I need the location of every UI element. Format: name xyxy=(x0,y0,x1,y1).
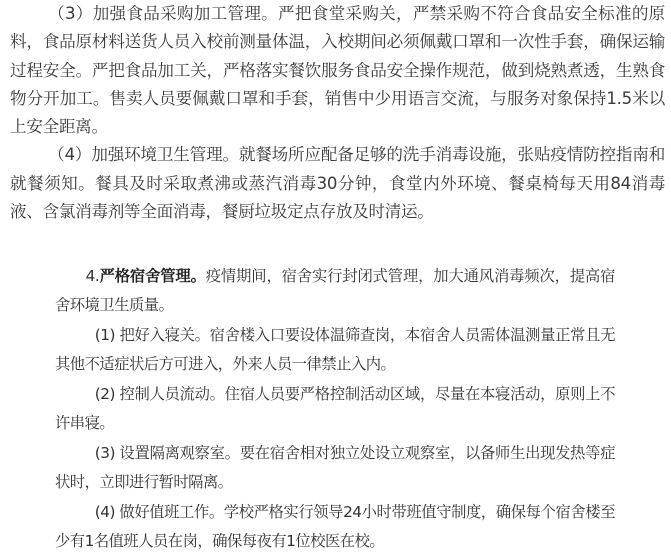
dormitory-section: 4.严格宿舍管理。疫情期间，宿舍实行封闭式管理，加大通风消毒频次，提高宿舍环境卫… xyxy=(55,262,615,557)
paragraph-environment-hygiene: （4）加强环境卫生管理。就餐场所应配备足够的洗手消毒设施，张贴疫情防控指南和就餐… xyxy=(10,141,665,226)
item-text: 把好入寝关。宿舍楼入口要设体温筛查岗，本宿舍人员需体温测量正常且无其他不适症状后… xyxy=(55,326,615,373)
item-label: (2) xyxy=(95,385,120,403)
heading-number: 4. xyxy=(86,267,100,285)
item-label: (4) xyxy=(95,503,120,521)
dormitory-item-isolation: (3) 设置隔离观察室。要在宿舍相对独立处设立观察室，以备师生出现发热等症状时，… xyxy=(55,439,615,496)
canteen-section: （3）加强食品采购加工管理。严把食堂采购关，严禁采购不符合食品安全标准的原料，食… xyxy=(10,0,665,226)
dormitory-item-entry: (1) 把好入寝关。宿舍楼入口要设体温筛查岗，本宿舍人员需体温测量正常且无其他不… xyxy=(55,321,615,378)
paragraph-food-procurement: （3）加强食品采购加工管理。严把食堂采购关，严禁采购不符合食品安全标准的原料，食… xyxy=(10,0,665,141)
dormitory-heading-paragraph: 4.严格宿舍管理。疫情期间，宿舍实行封闭式管理，加大通风消毒频次，提高宿舍环境卫… xyxy=(55,262,615,319)
item-label: （4） xyxy=(48,145,91,164)
item-label: (1) xyxy=(95,326,120,344)
dormitory-item-movement: (2) 控制人员流动。住宿人员要严格控制活动区域，尽量在本寝活动，原则上不许串寝… xyxy=(55,380,615,437)
item-text: 加强食品采购加工管理。严把食堂采购关，严禁采购不符合食品安全标准的原料，食品原材… xyxy=(10,4,665,136)
item-text: 设置隔离观察室。要在宿舍相对独立处设立观察室，以备师生出现发热等症状时，立即进行… xyxy=(55,444,615,491)
item-text: 控制人员流动。住宿人员要严格控制活动区域，尽量在本寝活动，原则上不许串寝。 xyxy=(55,385,615,432)
item-text: 做好值班工作。学校严格实行领导24小时带班值守制度，确保每个宿舍楼至少有1名值班… xyxy=(55,503,615,550)
heading-title: 严格宿舍管理。 xyxy=(99,267,206,285)
item-label: (3) xyxy=(95,444,120,462)
item-text: 加强环境卫生管理。就餐场所应配备足够的洗手消毒设施，张贴疫情防控指南和就餐须知。… xyxy=(10,145,665,221)
dormitory-item-duty: (4) 做好值班工作。学校严格实行领导24小时带班值守制度，确保每个宿舍楼至少有… xyxy=(55,498,615,555)
item-label: （3） xyxy=(48,4,93,23)
